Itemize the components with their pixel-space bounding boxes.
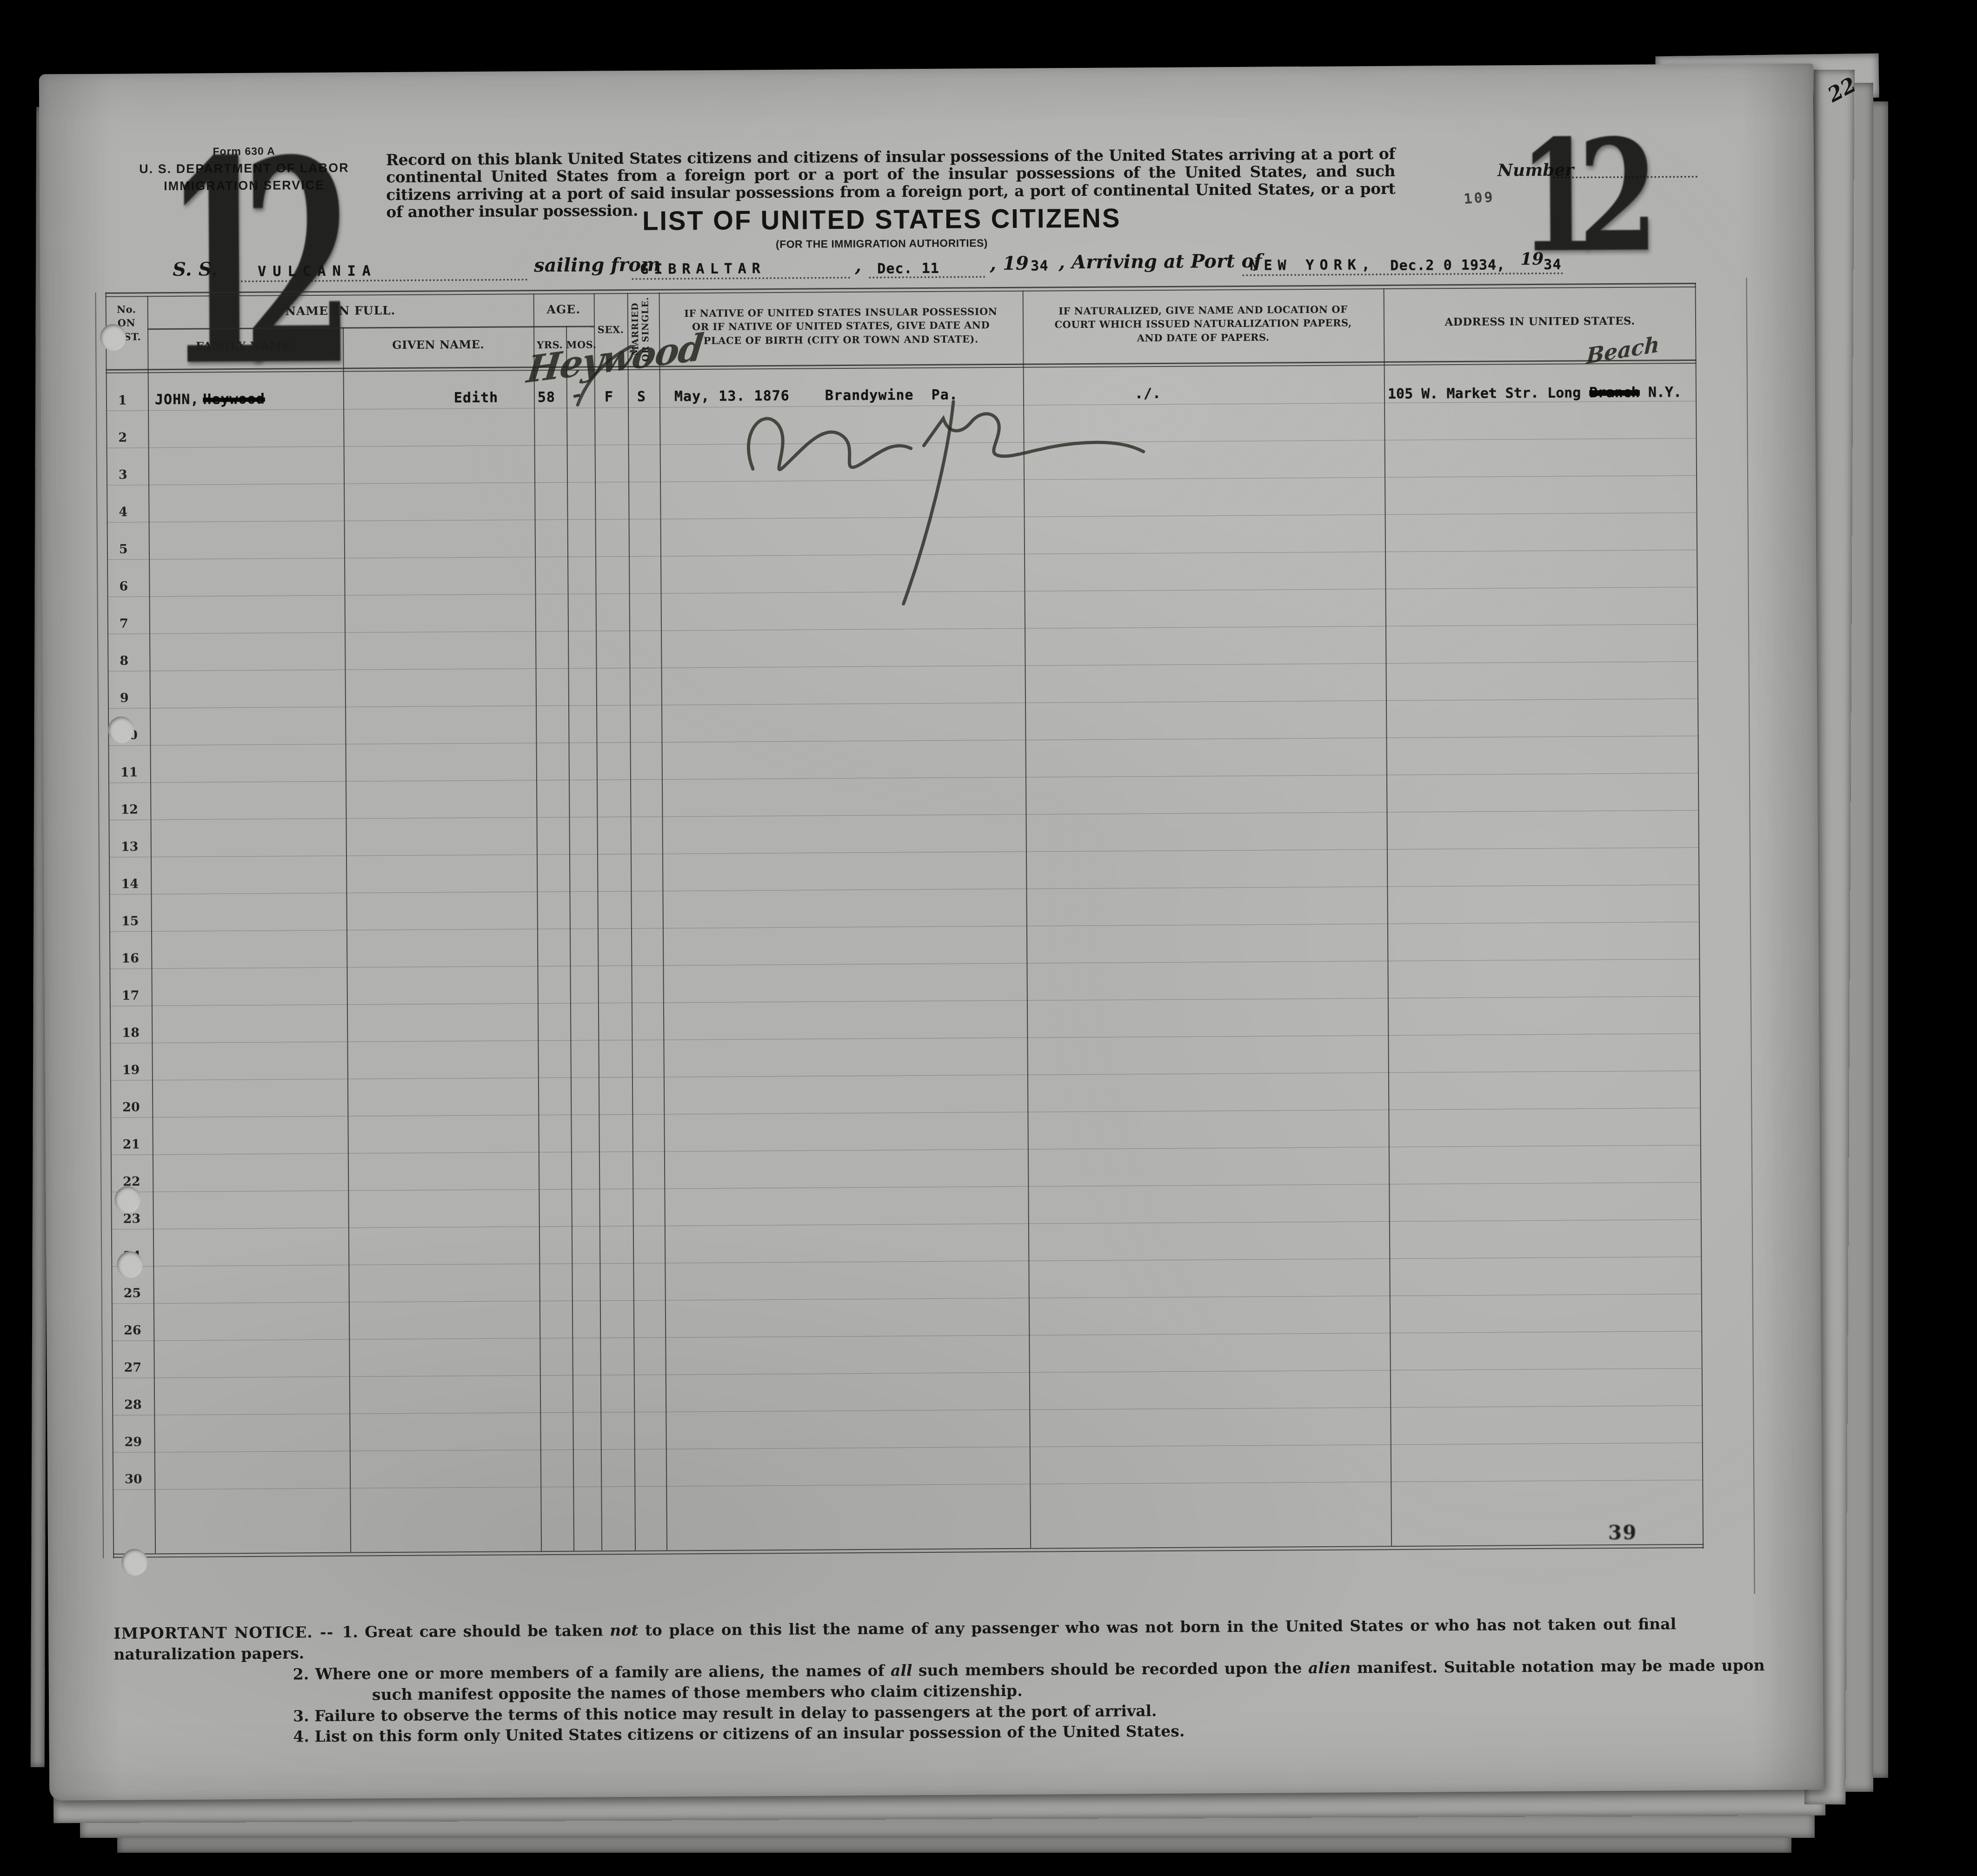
- row-number: 13: [121, 839, 139, 854]
- row-number: 1: [118, 393, 127, 408]
- header-mid-rule: [147, 326, 594, 330]
- departure-date-line: Dec. 11: [869, 253, 985, 279]
- header-sex: SEX.: [594, 323, 627, 337]
- address-typed-b: N.Y.: [1640, 384, 1682, 401]
- departure-year-printed: , 19: [990, 253, 1029, 275]
- header-family-name: FAMILY NAME.: [147, 338, 343, 354]
- from-port-line: GIBRALTAR: [632, 254, 850, 280]
- address-struck: Branch: [1589, 385, 1640, 401]
- punch-hole: [100, 324, 126, 351]
- departure-port: GIBRALTAR: [640, 260, 766, 278]
- header-address: ADDRESS IN UNITED STATES.: [1384, 313, 1696, 330]
- notice-items: 2. Where one or more members of a family…: [114, 1656, 1677, 1749]
- row-number: 16: [121, 951, 139, 965]
- page-subtitle: (FOR THE IMMIGRATION AUTHORITIES): [589, 236, 1175, 252]
- row-number: 20: [122, 1100, 140, 1114]
- left-margin-rule: [95, 293, 104, 1558]
- row-number: 7: [120, 617, 128, 631]
- row-number: 5: [119, 542, 128, 557]
- page-stamp-12-right: 12: [1518, 134, 1638, 258]
- notice-item-1: 1. Great care should be taken not to pla…: [113, 1615, 1676, 1663]
- typed-list-number: 109: [1463, 189, 1495, 207]
- page-number: 39: [1608, 1521, 1638, 1544]
- arrival-port: NEW YORK,: [1250, 257, 1376, 274]
- punch-hole: [117, 1251, 143, 1278]
- row-number: 11: [120, 765, 138, 779]
- header-age: AGE.: [533, 302, 594, 316]
- arriving-at-label: , Arriving at Port of: [1058, 250, 1262, 273]
- page-title: LIST OF UNITED STATES CITIZENS: [597, 202, 1166, 237]
- row-number: 19: [122, 1063, 140, 1077]
- row-number: 12: [120, 802, 138, 817]
- row-number: 23: [123, 1211, 141, 1226]
- row-number: 3: [119, 468, 127, 482]
- notice-label: IMPORTANT NOTICE. --: [113, 1623, 342, 1643]
- entry-age-yrs: 58: [538, 389, 555, 406]
- row-number: 9: [120, 691, 129, 705]
- row-number: 21: [123, 1137, 140, 1151]
- row-number: 17: [122, 988, 140, 1003]
- punch-hole: [114, 1186, 140, 1213]
- row-number: 26: [124, 1323, 141, 1337]
- row-number: 4: [119, 505, 127, 519]
- departure-year-typed: 34: [1031, 258, 1048, 274]
- family-name-typed: JOHN,: [155, 392, 200, 408]
- row-number: 27: [124, 1360, 142, 1375]
- row-number: 25: [124, 1286, 141, 1300]
- manifest-sheet: Form 630 A U. S. DEPARTMENT OF LABOR IMM…: [39, 63, 1824, 1800]
- row-number: 6: [119, 579, 128, 594]
- entry-family-name: JOHN,Heywood: [155, 391, 265, 408]
- punch-hole: [121, 1549, 147, 1576]
- punch-hole: [108, 716, 134, 743]
- entry-given-name: Edith: [454, 390, 499, 406]
- ship-name-line: VULCANIA: [211, 256, 527, 282]
- header-given-name: GIVEN NAME.: [343, 336, 533, 353]
- ship-name: VULCANIA: [258, 263, 377, 280]
- pen-flourish: [571, 345, 650, 411]
- departure-date: Dec. 11: [877, 260, 939, 277]
- address-typed-a: 105 W. Market Str. Long: [1388, 385, 1590, 402]
- row-number: 2: [118, 431, 127, 445]
- handwritten-signature: [725, 387, 1154, 613]
- header-naturalized: IF NATURALIZED, GIVE NAME AND LOCATION O…: [1023, 302, 1384, 346]
- family-name-struck: Heywood: [203, 391, 265, 408]
- right-margin-rule: [1746, 278, 1755, 1594]
- arrival-port-line: NEW YORK, Dec.2 0 1934, 19 34: [1242, 250, 1563, 276]
- comma: ,: [855, 254, 861, 276]
- header-name-in-full: NAME IN FULL.: [147, 303, 533, 319]
- row-number: 18: [122, 1025, 140, 1040]
- arrival-year-typed: 34: [1544, 257, 1561, 273]
- arrival-date: Dec.2 0 1934,: [1390, 257, 1505, 274]
- row-number: 29: [125, 1435, 142, 1449]
- important-notice: IMPORTANT NOTICE. --1. Great care should…: [113, 1614, 1677, 1749]
- row-number: 8: [120, 654, 128, 668]
- header-birth: IF NATIVE OF UNITED STATES INSULAR POSSE…: [659, 305, 1023, 348]
- row-number: 15: [121, 914, 139, 928]
- row-number: 30: [125, 1472, 142, 1486]
- row-number: 14: [121, 877, 139, 891]
- row-number: 28: [124, 1397, 142, 1412]
- arrival-year-printed: 19: [1520, 249, 1544, 269]
- entry-address: 105 W. Market Str. Long Branch N.Y.: [1388, 384, 1682, 402]
- manifest-table: No. ON LIST. NAME IN FULL. FAMILY NAME. …: [106, 283, 1704, 1558]
- given-name-typed: Edith: [454, 390, 499, 406]
